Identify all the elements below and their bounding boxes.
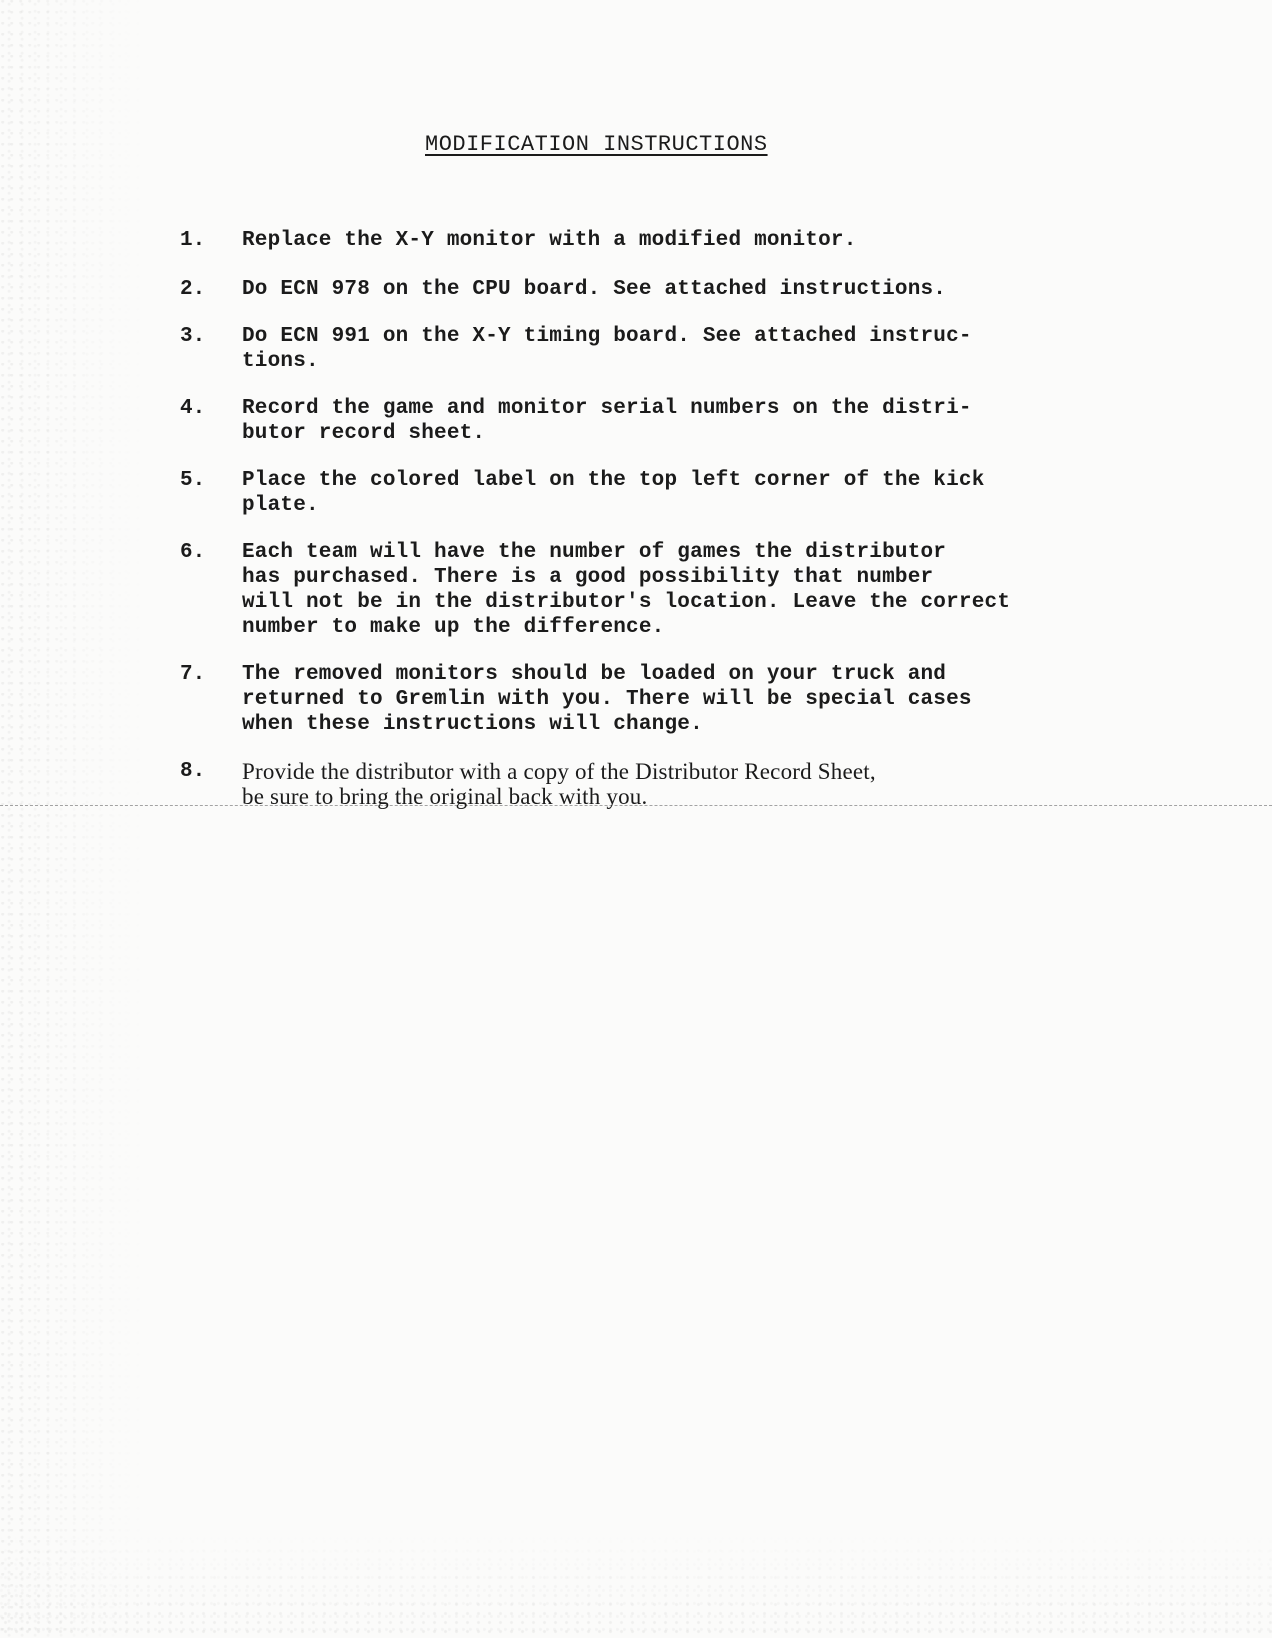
item-text: Do ECN 991 on the X-Y timing board. See … <box>242 324 972 374</box>
list-item: 4. Record the game and monitor serial nu… <box>180 396 1180 446</box>
list-item: 5. Place the colored label on the top le… <box>180 468 1180 518</box>
scan-noise-left <box>0 0 150 1638</box>
list-item: 1. Replace the X-Y monitor with a modifi… <box>180 228 1180 253</box>
list-item: 8. Provide the distributor with a copy o… <box>180 759 1180 809</box>
list-item: 7. The removed monitors should be loaded… <box>180 662 1180 737</box>
item-number: 7. <box>180 662 242 737</box>
list-item: 6. Each team will have the number of gam… <box>180 540 1180 640</box>
page-title: MODIFICATION INSTRUCTIONS <box>425 132 768 157</box>
list-item: 2. Do ECN 978 on the CPU board. See atta… <box>180 277 1180 302</box>
item-number: 1. <box>180 228 242 253</box>
item-text: Each team will have the number of games … <box>242 540 1010 640</box>
item-text: Place the colored label on the top left … <box>242 468 985 518</box>
list-item: 3. Do ECN 991 on the X-Y timing board. S… <box>180 324 1180 374</box>
item-text: The removed monitors should be loaded on… <box>242 662 972 737</box>
item-number: 8. <box>180 759 242 809</box>
item-number: 4. <box>180 396 242 446</box>
item-number: 3. <box>180 324 242 374</box>
item-number: 6. <box>180 540 242 640</box>
item-text: Record the game and monitor serial numbe… <box>242 396 972 446</box>
item-text: Provide the distributor with a copy of t… <box>242 759 876 809</box>
scan-noise-bottom <box>0 1528 1272 1638</box>
item-text: Do ECN 978 on the CPU board. See attache… <box>242 277 946 302</box>
item-number: 2. <box>180 277 242 302</box>
instruction-list: 1. Replace the X-Y monitor with a modifi… <box>180 228 1180 831</box>
item-number: 5. <box>180 468 242 518</box>
item-text: Replace the X-Y monitor with a modified … <box>242 228 857 253</box>
